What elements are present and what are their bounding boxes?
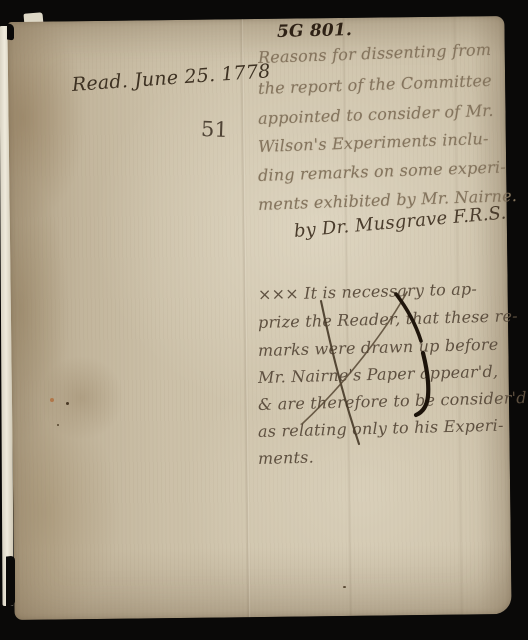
paper-crease xyxy=(239,19,250,617)
torn-edge-notch xyxy=(7,23,14,40)
shelf-mark: 5G 801. xyxy=(277,20,353,42)
page-number: 51 xyxy=(201,117,229,142)
ink-speck xyxy=(57,424,59,426)
note-line: ments. xyxy=(258,448,314,468)
ink-speck xyxy=(50,398,54,402)
photo-frame: 5G 801. Read. June 25. 1778 51 Reasons f… xyxy=(0,0,528,640)
torn-edge-notch xyxy=(6,555,15,606)
ink-speck xyxy=(343,586,346,588)
ink-speck xyxy=(66,402,69,405)
